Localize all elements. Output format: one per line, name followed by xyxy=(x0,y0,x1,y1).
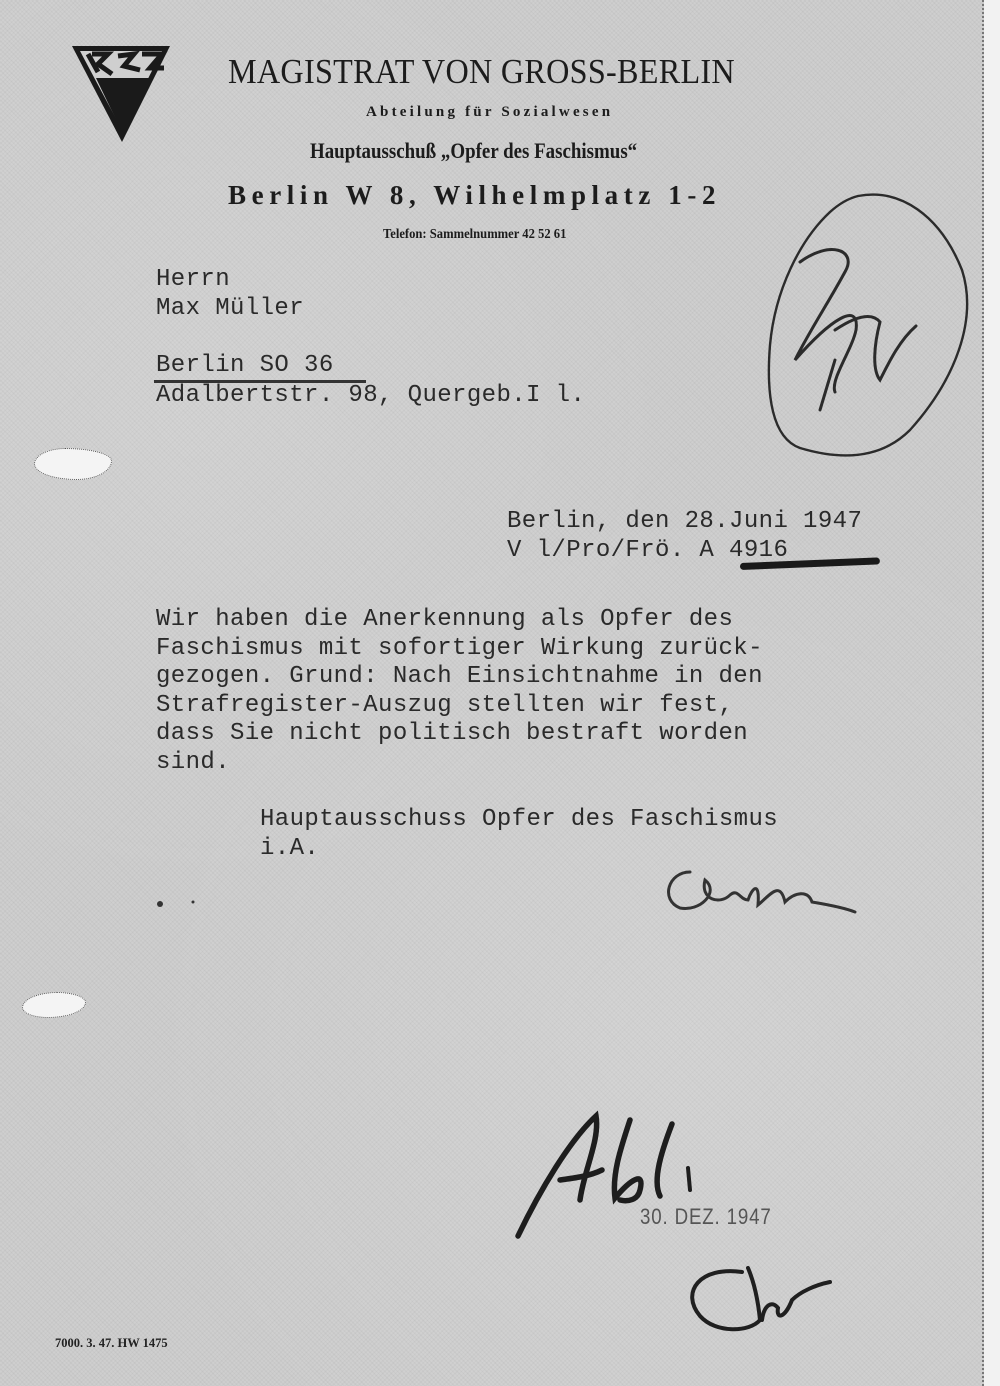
letter-body: Wir haben die Anerkennung als Opfer des … xyxy=(156,606,763,777)
body-line: gezogen. Grund: Nach Einsichtnahme in de… xyxy=(156,663,763,690)
letterhead-phone: Telefon: Sammelnummer 42 52 61 xyxy=(383,227,566,243)
recipient-block: Herrn Max Müller xyxy=(156,266,304,323)
letter-date: Berlin, den 28.Juni 1947 xyxy=(507,508,862,535)
body-line: Faschismus mit sofortiger Wirkung zurück… xyxy=(156,635,763,662)
date-stamp: 30. DEZ. 1947 xyxy=(640,1204,772,1230)
body-line: dass Sie nicht politisch bestraft worden xyxy=(156,720,748,747)
print-code: 7000. 3. 47. HW 1475 xyxy=(55,1336,168,1351)
reference-number: V l/Pro/Frö. A 4916 xyxy=(507,537,788,564)
recipient-city: Berlin SO 36 xyxy=(156,352,334,381)
organization-title: MAGISTRAT VON GROSS-BERLIN xyxy=(228,52,735,92)
department-name: Abteilung für Sozialwesen xyxy=(366,104,613,121)
body-line: sind. xyxy=(156,749,230,776)
closing-block: Hauptausschuss Opfer des Faschismus i.A. xyxy=(260,806,778,863)
recipient-street: Adalbertstr. 98, Quergeb.I l. xyxy=(156,382,585,411)
body-line: Wir haben die Anerkennung als Opfer des xyxy=(156,606,733,633)
dateline: Berlin, den 28.Juni 1947 V l/Pro/Frö. A … xyxy=(507,508,862,565)
recipient-salutation: Herrn xyxy=(156,266,230,293)
letterhead-address: Berlin W 8, Wilhelmplatz 1-2 xyxy=(228,180,721,211)
committee-name: Hauptausschuß „Opfer des Faschismus“ xyxy=(310,138,637,164)
body-line: Strafregister-Auszug stellten wir fest, xyxy=(156,692,733,719)
kz-logo-icon xyxy=(70,42,172,144)
closing-sender: Hauptausschuss Opfer des Faschismus xyxy=(260,806,778,833)
closing-on-behalf: i.A. xyxy=(260,835,319,862)
scan-edge xyxy=(984,0,1000,1386)
recipient-name: Max Müller xyxy=(156,295,304,322)
